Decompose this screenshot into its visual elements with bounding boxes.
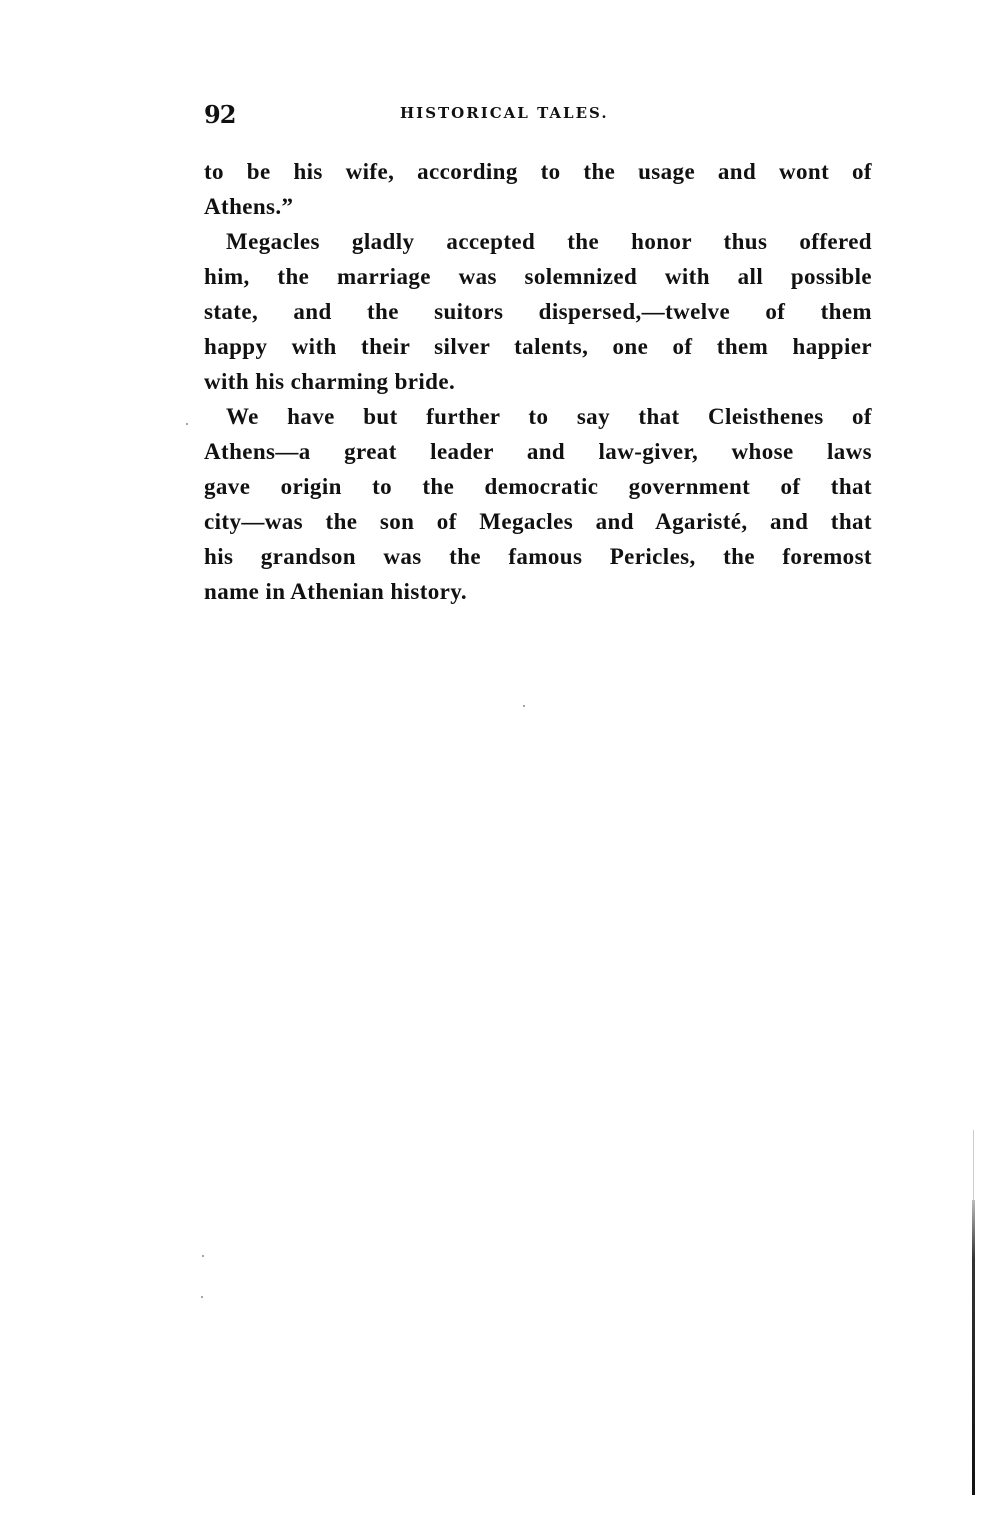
body-text: to be his wife, according to the usage a… bbox=[204, 154, 872, 609]
scan-speck bbox=[201, 1296, 203, 1298]
running-head: HISTORICAL TALES. bbox=[400, 104, 609, 122]
scan-speck bbox=[523, 705, 525, 707]
text-line: to be his wife, according to the usage a… bbox=[204, 154, 872, 189]
paragraph-1: to be his wife, according to the usage a… bbox=[204, 154, 872, 224]
text-line: city—was the son of Megacles and Agarist… bbox=[204, 504, 872, 539]
text-line: his grandson was the famous Pericles, th… bbox=[204, 539, 872, 574]
text-line: happy with their silver talents, one of … bbox=[204, 329, 872, 364]
text-line: Megacles gladly accepted the honor thus … bbox=[204, 224, 872, 259]
text-line: Athens—a great leader and law-giver, who… bbox=[204, 434, 872, 469]
scan-speck bbox=[186, 423, 188, 425]
page-number: 92 bbox=[204, 100, 235, 129]
scan-edge-line bbox=[972, 1200, 975, 1495]
text-line: name in Athenian history. bbox=[204, 574, 872, 609]
text-line: state, and the suitors dispersed,—twelve… bbox=[204, 294, 872, 329]
text-line: Athens.” bbox=[204, 189, 872, 224]
scan-speck bbox=[202, 1255, 204, 1257]
text-line: gave origin to the democratic government… bbox=[204, 469, 872, 504]
text-line: We have but further to say that Cleisthe… bbox=[204, 399, 872, 434]
text-line: him, the marriage was solemnized with al… bbox=[204, 259, 872, 294]
paragraph-3: We have but further to say that Cleisthe… bbox=[204, 399, 872, 609]
scan-edge-faint bbox=[973, 1130, 974, 1200]
text-line: with his charming bride. bbox=[204, 364, 872, 399]
paragraph-2: Megacles gladly accepted the honor thus … bbox=[204, 224, 872, 399]
